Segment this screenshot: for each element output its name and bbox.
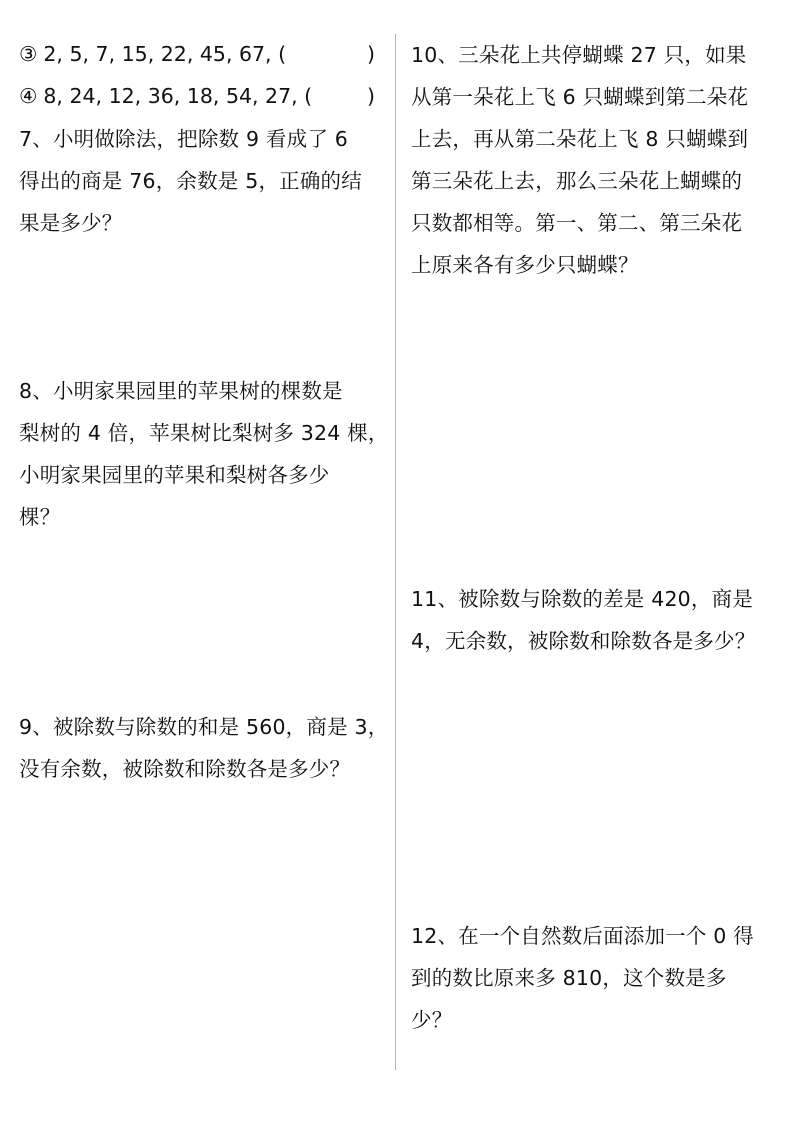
problem-text-line: 4，无余数，被除数和除数各是多少？ [411,620,771,662]
problem-text-line: 棵？ [19,496,379,538]
sequence-item-3: ③2, 5, 7, 15, 22, 45, 67, ( ) [19,34,375,74]
problem-text-line: 上去，再从第二朵花上飞 8 只蝴蝶到 [411,118,771,160]
sequence-label: ④ [19,76,37,116]
problem-text-line: 第三朵花上去，那么三朵花上蝴蝶的 [411,160,771,202]
problem-text-line: 9、被除数与除数的和是 560，商是 3， [19,706,379,748]
sequence-values: 2, 5, 7, 15, 22, 45, 67, ( [43,34,286,74]
problem-text-line: 7、小明做除法，把除数 9 看成了 6 [19,118,379,160]
problem-text-line: 11、被除数与除数的差是 420，商是 [411,578,771,620]
problem-text-line: 12、在一个自然数后面添加一个 0 得 [411,915,771,957]
problem-text-line: 得出的商是 76，余数是 5，正确的结 [19,160,379,202]
problem-text-line: 小明家果园里的苹果和梨树各多少 [19,454,379,496]
problem-7: 7、小明做除法，把除数 9 看成了 6 得出的商是 76，余数是 5，正确的结 … [19,118,379,244]
problem-text-line: 上原来各有多少只蝴蝶？ [411,244,771,286]
problem-9: 9、被除数与除数的和是 560，商是 3， 没有余数，被除数和除数各是多少？ [19,706,379,790]
problem-text-line: 少？ [411,999,771,1041]
answer-blank-close: ) [367,34,375,74]
problem-text-line: 10、三朵花上共停蝴蝶 27 只，如果 [411,34,771,76]
sequence-item-4: ④8, 24, 12, 36, 18, 54, 27, ( ) [19,76,375,116]
sequence-label: ③ [19,34,37,74]
problem-text-line: 果是多少？ [19,202,379,244]
problem-text-line: 从第一朵花上飞 6 只蝴蝶到第二朵花 [411,76,771,118]
column-divider [395,34,396,1070]
problem-12: 12、在一个自然数后面添加一个 0 得 到的数比原来多 810，这个数是多 少？ [411,915,771,1041]
problem-8: 8、小明家果园里的苹果树的棵数是 梨树的 4 倍，苹果树比梨树多 324 棵， … [19,370,379,538]
problem-text-line: 8、小明家果园里的苹果树的棵数是 [19,370,379,412]
problem-text-line: 没有余数，被除数和除数各是多少？ [19,748,379,790]
problem-11: 11、被除数与除数的差是 420，商是 4，无余数，被除数和除数各是多少？ [411,578,771,662]
problem-text-line: 只数都相等。第一、第二、第三朵花 [411,202,771,244]
sequence-values: 8, 24, 12, 36, 18, 54, 27, ( [43,76,312,116]
problem-10: 10、三朵花上共停蝴蝶 27 只，如果 从第一朵花上飞 6 只蝴蝶到第二朵花 上… [411,34,771,286]
problem-text-line: 梨树的 4 倍，苹果树比梨树多 324 棵， [19,412,379,454]
problem-text-line: 到的数比原来多 810，这个数是多 [411,957,771,999]
worksheet-page: ③2, 5, 7, 15, 22, 45, 67, ( ) ④8, 24, 12… [0,0,793,1122]
answer-blank-close: ) [367,76,375,116]
